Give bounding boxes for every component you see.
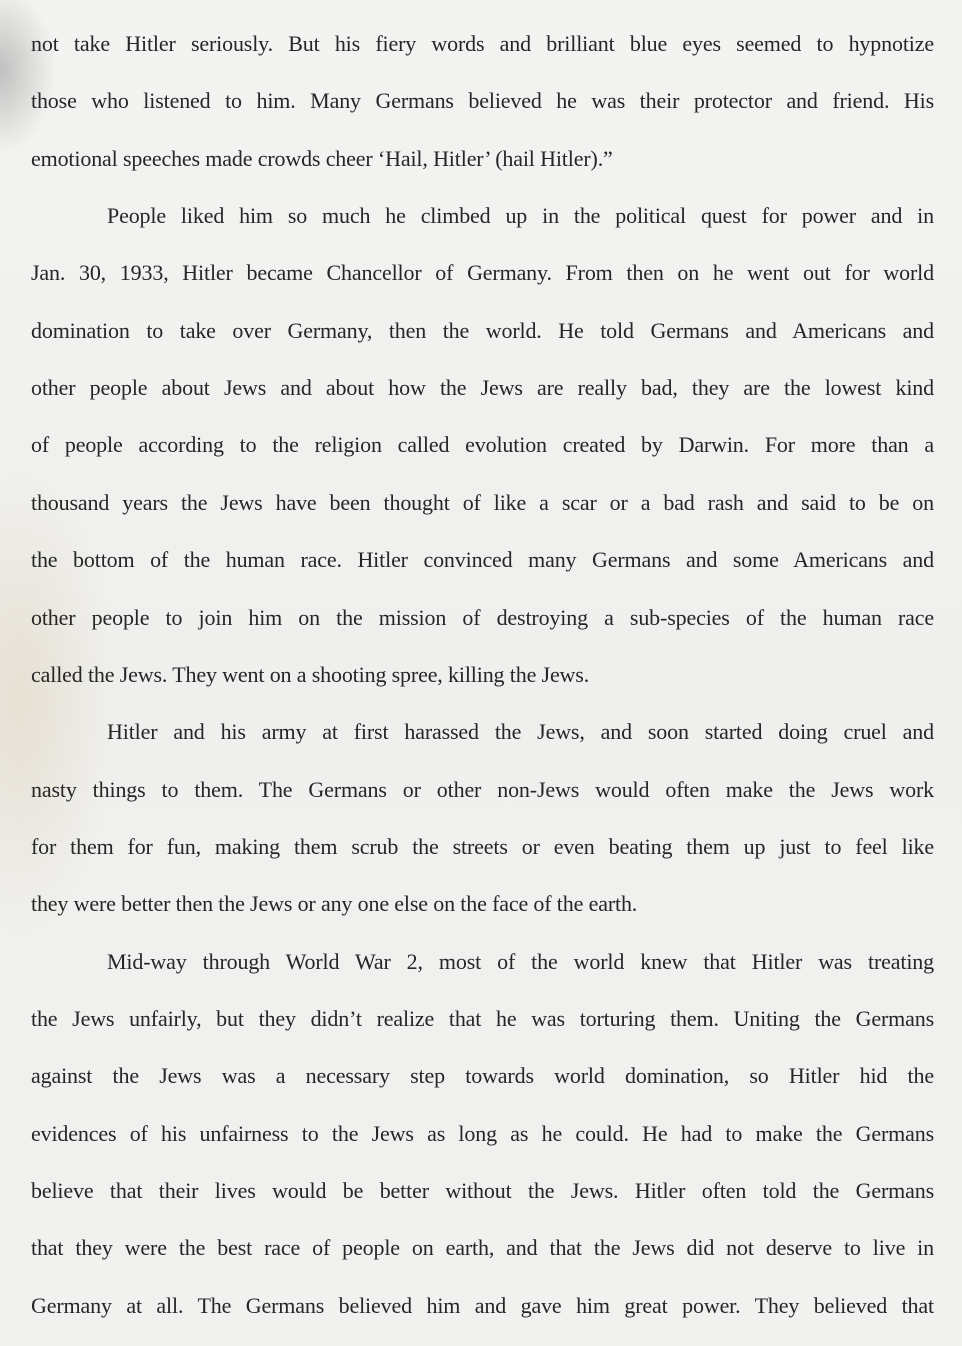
text-line: the Jews unfairly, but they didn’t reali… <box>31 1005 934 1033</box>
text-line: the bottom of the human race. Hitler con… <box>31 546 934 574</box>
text-line: that they were the best race of people o… <box>31 1234 934 1262</box>
paragraph-first-line: Mid-way through World War 2, most of the… <box>107 948 934 976</box>
text-line: Jan. 30, 1933, Hitler became Chancellor … <box>31 259 934 287</box>
text-line: against the Jews was a necessary step to… <box>31 1062 934 1090</box>
paragraph-first-line: People liked him so much he climbed up i… <box>107 202 934 230</box>
text-line: evidences of his unfairness to the Jews … <box>31 1120 934 1148</box>
text-line: emotional speeches made crowds cheer ‘Ha… <box>31 145 934 173</box>
text-line: Germany at all. The Germans believed him… <box>31 1292 934 1320</box>
text-line: for them for fun, making them scrub the … <box>31 833 934 861</box>
text-line: nasty things to them. The Germans or oth… <box>31 776 934 804</box>
text-line: they were better then the Jews or any on… <box>31 890 934 918</box>
text-line: of people according to the religion call… <box>31 431 934 459</box>
text-line: thousand years the Jews have been though… <box>31 489 934 517</box>
paragraph-first-line: Hitler and his army at first harassed th… <box>107 718 934 746</box>
text-line: not take Hitler seriously. But his fiery… <box>31 30 934 58</box>
text-line: other people to join him on the mission … <box>31 604 934 632</box>
scanned-document-page: not take Hitler seriously. But his fiery… <box>0 0 962 1346</box>
text-line: believe that their lives would be better… <box>31 1177 934 1205</box>
text-line: called the Jews. They went on a shooting… <box>31 661 934 689</box>
text-line: domination to take over Germany, then th… <box>31 317 934 345</box>
text-line: those who listened to him. Many Germans … <box>31 87 934 115</box>
text-line: other people about Jews and about how th… <box>31 374 934 402</box>
